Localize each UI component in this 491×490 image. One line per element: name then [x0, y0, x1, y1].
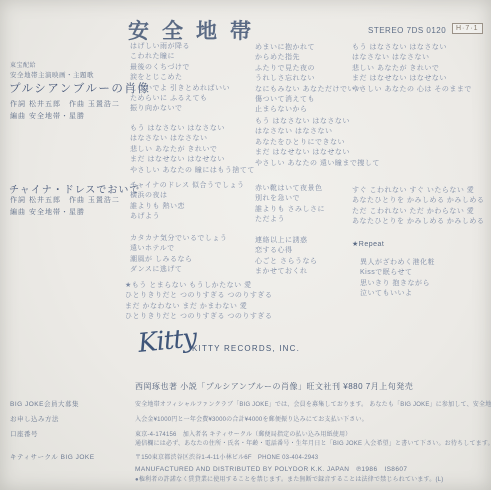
lyric-line: 傷ついて消えても [255, 95, 362, 105]
fanclub-row2-label: お申し込み方法 [10, 414, 59, 423]
fanclub-row3-text: 東京-4-174156 加入者名 キティサークル（郵便局指定の払い込み用紙使用） [135, 429, 351, 438]
lyric-line: 誰よりも 熱い恋 [130, 202, 245, 212]
lyric-line: ダンスに逃げて [130, 265, 227, 275]
song2-verse2: カタカナ気分でいるでしょう遠いホテルで潮風が しみるならダンスに逃げて [130, 234, 227, 276]
song1-credit-arranger: 編曲 安全地帯・星勝 [10, 111, 85, 121]
lyric-line: まだ はなせない はなせない [352, 74, 472, 84]
lyric-line: ふたりで見た夜の [255, 64, 362, 74]
lyric-line: やさしい あなたの 心は そのままで [352, 85, 472, 95]
lyric-line: ただ こわれない ただ かわらない 愛 [352, 207, 484, 217]
lyric-line: こないでよ 引きとめればいい [130, 84, 230, 94]
lyric-line: もう はなさない はなさない [352, 43, 472, 53]
repeat-annotation: ★Repeat [352, 240, 384, 248]
song2-verse4: 連絡以上に誘惑恋する心得心ごと さらうならまかせておくれ [255, 236, 317, 278]
lyric-line: もう はなさない はなさない [130, 124, 255, 134]
fanclub-row3-text2: 通信欄には必ず、あなたの住所・氏名・年齢・電話番号・生年月日と「BIG JOKE… [135, 438, 491, 447]
lyric-line: からめた指先 [255, 53, 362, 63]
lyric-line: まかせておくれ [255, 267, 317, 277]
song2-bridge: すぐ こわれない すぐ いたらない 愛あなたひとりを かみしめる かみしめるただ… [352, 186, 484, 228]
kitty-records-text: KITTY RECORDS, INC. [192, 344, 300, 353]
song2-outro: 異人がざわめく港化粧Kissで眠らせて思いきり 抱きながら泣いてもいいよ [360, 258, 435, 300]
kitty-logo: Kitty [137, 323, 198, 359]
lyric-line: チャイナのドレス 似合うでしょう [130, 181, 245, 191]
lyric-line: あなたひとりを かみしめる かみしめる [352, 196, 484, 206]
rights-notice: ●権利者の許諾なく賃貸業に使用することを禁じます。また無断で録音することは法律で… [135, 474, 443, 483]
lyric-line: ただよう [255, 215, 325, 225]
lyric-line: 遠いホテルで [130, 244, 227, 254]
song1-refrain2: もう はなさない はなさないはなさない はなさないあなたをひとりにできないまだ … [255, 117, 380, 169]
lyric-line: あなたをひとりにできない [255, 138, 380, 148]
song2-credit-writers: 作詞 松井五郎 作曲 玉置浩二 [10, 195, 120, 205]
song2-credit-arranger: 編曲 安全地帯・星勝 [10, 207, 85, 217]
song1-credit-writers: 作詞 松井五郎 作曲 玉置浩二 [10, 99, 120, 109]
lyric-line: 赤い靴はいて夜景色 [255, 184, 325, 194]
song2-verse3: 赤い靴はいて夜景色別れを急いで誰よりも さみしさにただよう [255, 184, 325, 226]
song1-verse1: はげしい雨が降るこわれた瞳に最後のくちづけで涙をとじこめたこないでよ 引きとめれ… [130, 42, 230, 115]
fanclub-row2-text: 入会金¥1000円と一年会費¥3000の合計¥4000を郵便振り込みにてお支払い… [135, 414, 368, 423]
lyric-line: 誰よりも さみしさに [255, 205, 325, 215]
lyric-line: 連絡以上に誘惑 [255, 236, 317, 246]
fanclub-row3-label: 口座番号 [10, 429, 38, 438]
lyric-line: やさしい あなたの 瞳にはもう捨てて [130, 166, 255, 176]
lyric-line: 悲しい あなたが きれいで [352, 64, 472, 74]
record-sleeve-back: 安全地帯 STEREO 7DS 0120 H·7·1 東宝配給 安全地帯主演映画… [0, 0, 491, 490]
song2-title: チャイナ・ドレスでおいで [9, 181, 140, 196]
fanclub-row4-text: 〒150東京都渋谷区渋谷1-4-11小林ビル6F PHONE 03-404-29… [135, 452, 318, 461]
lyric-line: はげしい雨が降る [130, 42, 230, 52]
lyric-line: 振り向かないで [130, 104, 230, 114]
lyric-line: あなたひとりを かみしめる かみしめる [352, 217, 484, 227]
lyric-line: めまいに抱かれて [255, 43, 362, 53]
song2-verse1: チャイナのドレス 似合うでしょう横浜の夜は誰よりも 熱い恋あげよう [130, 181, 245, 223]
lyric-line: まだ かなわない まだ かまわない 愛 [125, 302, 272, 312]
song1-refrain1: もう はなさない はなさないはなさない はなさない悲しい あなたが きれいでまだ… [130, 124, 255, 176]
lyric-line: 泣いてもいいよ [360, 289, 435, 299]
fanclub-row1-label: BIG JOKE会員大募集 [10, 399, 79, 408]
lyric-line: カタカナ気分でいるでしょう [130, 234, 227, 244]
book-advert: 西岡琢也著 小説「プルシアンブルーの肖像」旺文社刊 ¥880 7月上旬発売 [135, 381, 413, 392]
lyric-line: ひとりきりだと つのりすぎる つのりすぎる [125, 291, 272, 301]
lyric-line: やさしい あなたの 遠い瞳まで捜して [255, 159, 380, 169]
song1-refrain3: もう はなさない はなさないはなさない はなさない悲しい あなたが きれいでまだ… [352, 43, 472, 95]
song1-verse2: めまいに抱かれてからめた指先ふたりで見た夜のうれしさ忘れないなにもみない あなた… [255, 43, 362, 116]
lyric-line: もう はなさない はなさない [255, 117, 380, 127]
lyric-line: ためらいに ふるえても [130, 94, 230, 104]
lyric-line: Kissで眠らせて [360, 268, 435, 278]
lyric-line: まだ はなせない はなせない [130, 155, 255, 165]
manufactured-line: MANUFACTURED AND DISTRIBUTED BY POLYDOR … [135, 464, 407, 473]
lyric-line: まだ はなせない はなせない [255, 148, 380, 158]
lyric-line: あげよう [130, 212, 245, 222]
lyric-line: はなさない はなさない [352, 53, 472, 63]
lyric-line: こわれた瞳に [130, 52, 230, 62]
lyric-line: 最後のくちづけで [130, 63, 230, 73]
song2-chorus: ★もう とまらない もうしかたない 愛ひとりきりだと つのりすぎる つのりすぎる… [125, 281, 272, 323]
lyric-line: なにもみない あなただけでいい [255, 85, 362, 95]
lyric-line: はなさない はなさない [130, 134, 255, 144]
side-code-badge: H·7·1 [452, 23, 483, 34]
lyric-line: 涙をとじこめた [130, 73, 230, 83]
lyric-line: 潮風が しみるなら [130, 255, 227, 265]
lyric-line: 思いきり 抱きながら [360, 279, 435, 289]
lyric-line: 止まらないから [255, 105, 362, 115]
page-title: 安全地帯 [128, 15, 264, 45]
movie-tagline: 安全地帯主演映画・主題歌 [10, 70, 94, 79]
lyric-line: ひとりきりだと つのりすぎる つのりすぎる [125, 312, 272, 322]
lyric-line: 異人がざわめく港化粧 [360, 258, 435, 268]
lyric-line: 心ごと さらうなら [255, 257, 317, 267]
lyric-line: 別れを急いで [255, 194, 325, 204]
lyric-line: ★もう とまらない もうしかたない 愛 [125, 281, 272, 291]
catalog-number: STEREO 7DS 0120 [368, 26, 446, 35]
distributor-note: 東宝配給 [10, 60, 36, 69]
fanclub-row1-text: 安全地帯オフィシャルファンクラブ「BIG JOKE」では、会員を募集しております… [135, 399, 491, 408]
lyric-line: 恋する心得 [255, 246, 317, 256]
lyric-line: はなさない はなさない [255, 127, 380, 137]
fanclub-row4-label: キティサークル BIG JOKE [10, 452, 95, 461]
lyric-line: うれしさ忘れない [255, 74, 362, 84]
lyric-line: すぐ こわれない すぐ いたらない 愛 [352, 186, 484, 196]
lyric-line: 横浜の夜は [130, 191, 245, 201]
lyric-line: 悲しい あなたが きれいで [130, 145, 255, 155]
